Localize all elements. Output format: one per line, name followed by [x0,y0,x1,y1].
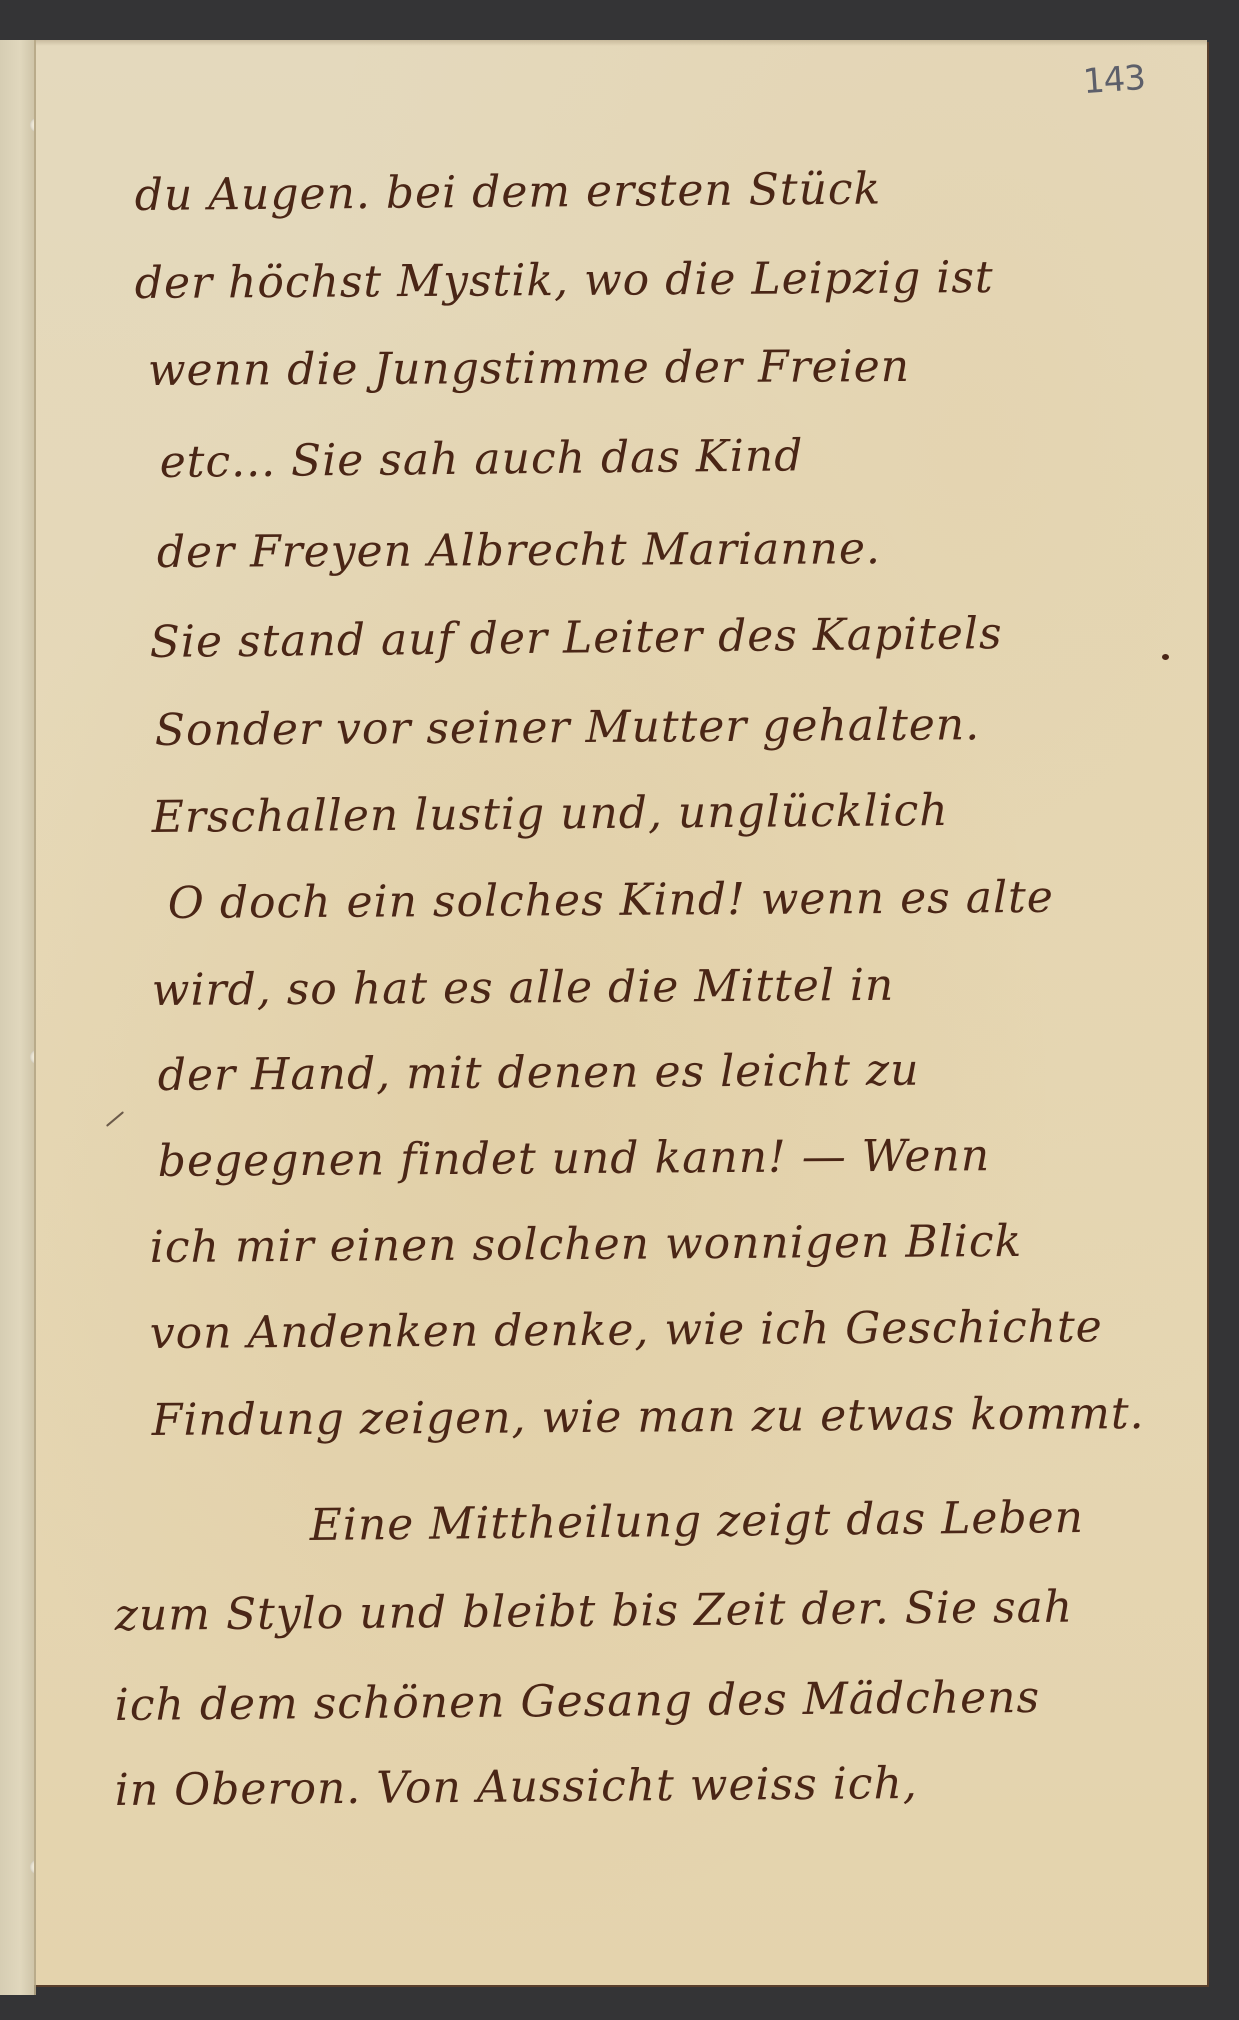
manuscript-line: wird, so hat es alle die Mittel in [152,960,895,1016]
manuscript-line: von Andenken denke, wie ich Geschichte [150,1301,1103,1359]
manuscript-line: etc... Sie sah auch das Kind [159,430,803,488]
manuscript-scan: 143 du Augen. bei dem ersten Stück der h… [0,0,1239,2020]
manuscript-line: Sonder vor seiner Mutter gehalten. [155,699,981,756]
manuscript-line: wenn die Jungstimme der Freien [148,341,910,396]
manuscript-line: der höchst Mystik, wo die Leipzig ist [135,252,994,309]
facing-page-edge [0,40,36,1995]
manuscript-line: ich mir einen solchen wonnigen Blick [150,1216,1023,1273]
manuscript-line: zum Stylo und bleibt bis Zeit der. Sie s… [115,1582,1074,1641]
manuscript-line: Sie stand auf der Leiter des Kapitels [149,608,1002,668]
manuscript-line: begegnen findet und kann! — Wenn [158,1130,991,1187]
page-edge-shadow [36,40,1207,46]
manuscript-line: du Augen. bei dem ersten Stück [135,163,882,221]
manuscript-line: O doch ein solches Kind! wenn es alte [168,872,1054,929]
manuscript-line: der Hand, mit denen es leicht zu [158,1045,920,1101]
manuscript-line: Findung zeigen, wie man zu etwas kommt. [152,1388,1145,1446]
manuscript-line: Eine Mittheilung zeigt das Leben [309,1492,1084,1551]
folio-number: 143 [1082,58,1147,102]
ink-speck [1162,654,1169,660]
manuscript-line: der Freyen Albrecht Marianne. [157,523,881,578]
manuscript-line: Erschallen lustig und, unglücklich [152,785,949,843]
manuscript-line: in Oberon. Von Aussicht weiss ich, [115,1758,918,1816]
manuscript-line: ich dem schönen Gesang des Mädchens [115,1672,1041,1731]
